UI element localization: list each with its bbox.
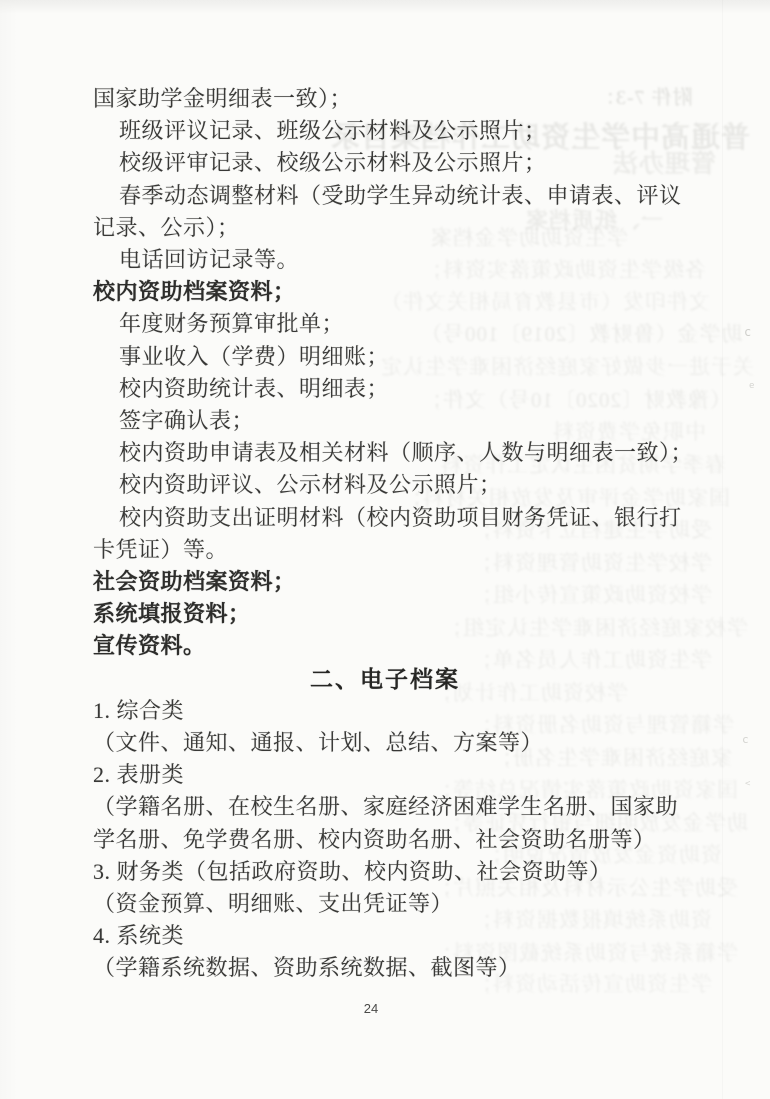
scan-artifact: c <box>744 326 751 338</box>
scanned-document-page: 附件 7-3：普通高中学生资助工作档案目录管理办法一、纸质档案学生资助助学金档案… <box>0 0 770 1099</box>
scan-artifacts-layer: cec< <box>0 0 770 1099</box>
scan-artifact: e <box>749 382 754 391</box>
page-number: 24 <box>0 1001 756 1016</box>
scan-artifact: c <box>742 734 749 745</box>
scan-artifact: < <box>745 780 750 789</box>
